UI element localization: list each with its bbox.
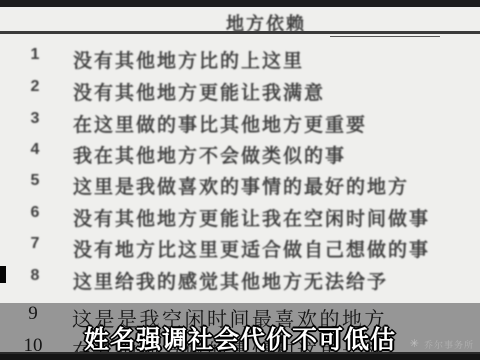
row-number: 3 <box>24 110 46 128</box>
table-row: 6 没有其他地方更能让我在空闲时间做事 <box>0 204 480 226</box>
row-text: 没有其他地方更能让我满意 <box>73 78 474 105</box>
row-text: 在这里做的事比其他地方更重要 <box>73 110 474 137</box>
top-letterbox-bar <box>0 0 480 7</box>
table-row: 8 这里给我的感觉其他地方无法给予 <box>0 267 480 289</box>
subtitle-caption: 姓名强调社会代价不可低估 <box>0 320 480 356</box>
bottom-letterbox-bar <box>0 352 480 360</box>
row-text: 没有其他地方比的上这里 <box>73 46 474 73</box>
edge-artifact-mark <box>0 266 6 283</box>
row-text: 我在其他地方不会做类似的事 <box>73 141 474 168</box>
row-text: 没有其他地方更能让我在空闲时间做事 <box>73 204 474 231</box>
row-text: 没有地方比这里更适合做自己想做的事 <box>73 235 474 262</box>
row-number: 7 <box>24 235 46 253</box>
row-number: 2 <box>24 78 46 96</box>
watermark: ✳ 乔尔事务所 <box>410 337 474 351</box>
row-number: 8 <box>24 267 46 285</box>
row-text: 这里是我做喜欢的事情的最好的地方 <box>73 172 474 199</box>
asterisk-logo-icon: ✳ <box>410 339 420 350</box>
title-divider <box>0 31 480 34</box>
table-row: 5 这里是我做喜欢的事情的最好的地方 <box>0 172 480 194</box>
table-row: 4 我在其他地方不会做类似的事 <box>0 141 480 163</box>
row-text: 这里给我的感觉其他地方无法给予 <box>73 267 474 294</box>
row-number: 6 <box>24 204 46 222</box>
table-row: 7 没有地方比这里更适合做自己想做的事 <box>0 235 480 257</box>
table-row: 2 没有其他地方更能让我满意 <box>0 78 480 100</box>
row-number: 1 <box>24 46 46 64</box>
row-number: 4 <box>24 141 46 159</box>
watermark-brand: 乔尔事务所 <box>424 338 474 351</box>
row-number: 5 <box>24 172 46 190</box>
title-divider-secondary <box>330 36 440 37</box>
table-row: 1 没有其他地方比的上这里 <box>0 46 480 68</box>
table-row: 3 在这里做的事比其他地方更重要 <box>0 110 480 132</box>
document-page: 地方依赖 1 没有其他地方比的上这里 2 没有其他地方更能让我满意 3 在这里做… <box>0 0 480 360</box>
